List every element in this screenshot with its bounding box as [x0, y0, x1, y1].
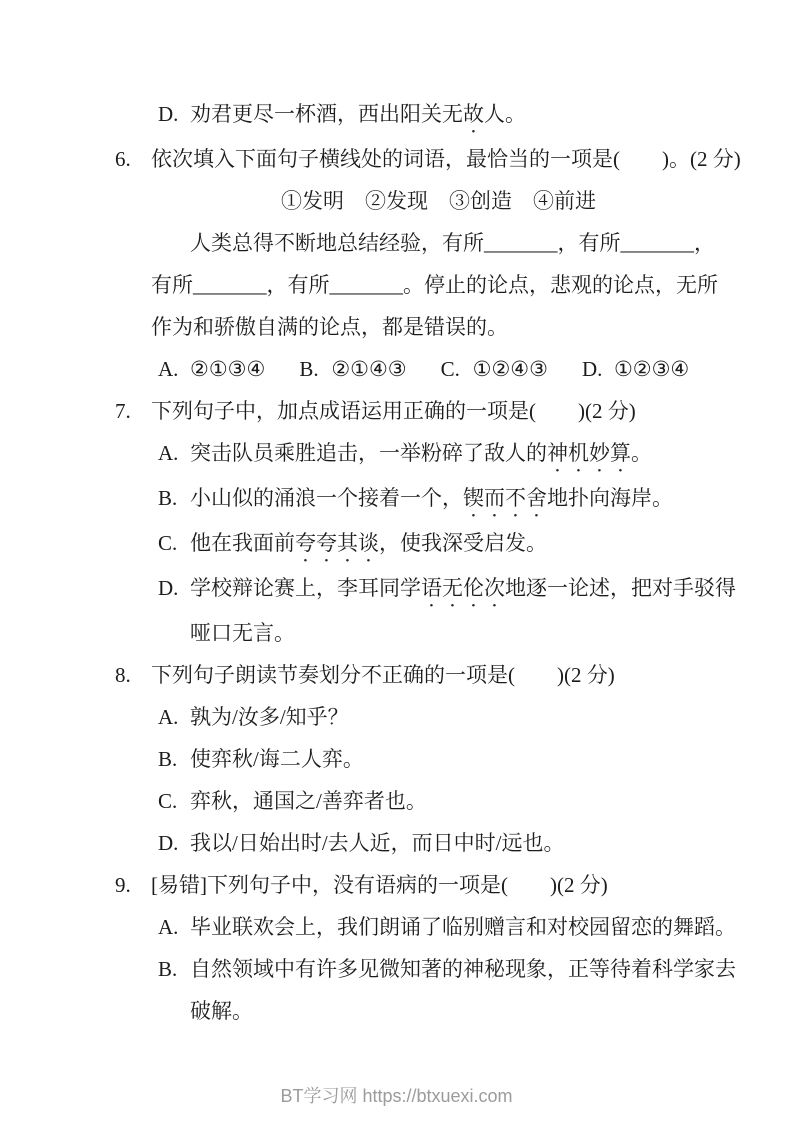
option-letter: D. [158, 93, 190, 138]
question-number: 8. [115, 654, 151, 696]
stem-text: 下列句子中，没有语病的一项是( )(2 分) [207, 873, 608, 897]
q6-option-c: C.①②④③ [441, 348, 548, 390]
text-segment: 。 [631, 441, 652, 465]
q7-option-c: C. 他在我面前夸夸其谈，使我深受启发。 [158, 522, 793, 567]
question-number: 9. [115, 864, 151, 906]
option-letter: D. [158, 822, 190, 864]
q6-word-bank: ①发明 ②发现 ③创造 ④前进 [151, 180, 726, 222]
q8-option-a: A. 孰为/汝多/知乎？ [158, 696, 793, 738]
option-text: 使弈秋/诲二人弈。 [190, 738, 364, 780]
option-letter: A. [158, 432, 190, 477]
option-letter: C. [441, 348, 473, 390]
q6-passage-line-3: 作为和骄傲自满的论点，都是错误的。 [151, 306, 793, 348]
question-stem-text: 下列句子中，加点成语运用正确的一项是( )(2 分) [151, 390, 636, 432]
option-letter: B. [158, 948, 190, 1032]
option-letter: C. [158, 780, 190, 822]
option-text: 突击队员乘胜追击，一举粉碎了敌人的神机妙算。 [190, 432, 652, 477]
site-watermark: BT学习网 https://btxuexi.com [0, 1083, 793, 1109]
option-text: 毕业联欢会上，我们朗诵了临别赠言和对校园留恋的舞蹈。 [190, 906, 736, 948]
option-letter: D. [158, 567, 190, 654]
text-segment: 小山似的涌浪一个接着一个， [190, 486, 463, 510]
option-text: 学校辩论赛上，李耳同学语无伦次地逐一论述，把对手驳得 哑口无言。 [190, 567, 736, 654]
option-text: ②①③④ [190, 348, 265, 390]
text-segment: 地扑向海岸。 [547, 486, 673, 510]
q7-option-a: A. 突击队员乘胜追击，一举粉碎了敌人的神机妙算。 [158, 432, 793, 477]
text-segment: 劝君更尽一杯酒，西出阳关无 [190, 102, 463, 126]
q5-option-d: D. 劝君更尽一杯酒，西出阳关无故人。 [158, 93, 793, 138]
q6-passage-line-2: 有所_______，有所_______。停止的论点，悲观的论点，无所 [151, 264, 793, 306]
option-text: 我以/日始出时/去人近，而日中时/远也。 [190, 822, 565, 864]
q6-option-b: B.②①④③ [299, 348, 406, 390]
option-text: 弈秋，通国之/善弈者也。 [190, 780, 427, 822]
option-letter: C. [158, 522, 190, 567]
emphasized-text: 神机妙算 [547, 441, 631, 465]
option-letter: A. [158, 906, 190, 948]
option-letter: D. [582, 348, 614, 390]
option-text: ①②④③ [473, 348, 548, 390]
question-6-stem: 6. 依次填入下面句子横线处的词语，最恰当的一项是( )。(2 分) [115, 138, 793, 180]
test-paper-page: D. 劝君更尽一杯酒，西出阳关无故人。 6. 依次填入下面句子横线处的词语，最恰… [0, 0, 793, 1122]
q6-option-d: D.①②③④ [582, 348, 689, 390]
q6-choices-row: A.②①③④ B.②①④③ C.①②④③ D.①②③④ [158, 348, 793, 390]
q6-passage-line-1: 人类总得不断地总结经验，有所_______，有所_______， [190, 222, 793, 264]
option-text: 他在我面前夸夸其谈，使我深受启发。 [190, 522, 547, 567]
text-segment: 人。 [484, 102, 526, 126]
question-stem-text: 下列句子朗读节奏划分不正确的一项是( )(2 分) [151, 654, 615, 696]
option-letter: B. [158, 738, 190, 780]
question-9-stem: 9. [易错]下列句子中，没有语病的一项是( )(2 分) [115, 864, 793, 906]
emphasized-text: 锲而不舍 [463, 486, 547, 510]
question-7-stem: 7. 下列句子中，加点成语运用正确的一项是( )(2 分) [115, 390, 793, 432]
text-segment: 他在我面前 [190, 531, 295, 555]
option-text: ①②③④ [614, 348, 689, 390]
question-stem-text: 依次填入下面句子横线处的词语，最恰当的一项是( )。(2 分) [151, 138, 741, 180]
option-text: 孰为/汝多/知乎？ [190, 696, 349, 738]
emphasized-text: 语无伦次 [421, 576, 505, 600]
q7-option-d: D. 学校辩论赛上，李耳同学语无伦次地逐一论述，把对手驳得 哑口无言。 [158, 567, 793, 654]
option-letter: A. [158, 348, 190, 390]
question-stem-text: [易错]下列句子中，没有语病的一项是( )(2 分) [151, 864, 608, 906]
option-text: ②①④③ [331, 348, 406, 390]
option-text: 自然领域中有许多见微知著的神秘现象，正等待着科学家去 破解。 [190, 948, 736, 1032]
text-segment: 突击队员乘胜追击，一举粉碎了敌人的 [190, 441, 547, 465]
q9-option-a: A. 毕业联欢会上，我们朗诵了临别赠言和对校园留恋的舞蹈。 [158, 906, 793, 948]
option-letter: A. [158, 696, 190, 738]
option-letter: B. [158, 477, 190, 522]
question-number: 7. [115, 390, 151, 432]
q6-option-a: A.②①③④ [158, 348, 265, 390]
question-8-stem: 8. 下列句子朗读节奏划分不正确的一项是( )(2 分) [115, 654, 793, 696]
option-letter: B. [299, 348, 331, 390]
emphasized-text: 夸夸其谈 [295, 531, 379, 555]
q9-option-b: B. 自然领域中有许多见微知著的神秘现象，正等待着科学家去 破解。 [158, 948, 793, 1032]
text-segment: ，使我深受启发。 [379, 531, 547, 555]
q8-option-b: B. 使弈秋/诲二人弈。 [158, 738, 793, 780]
error-prone-tag: [易错] [151, 873, 207, 897]
text-segment: 学校辩论赛上，李耳同学 [190, 576, 421, 600]
option-text: 小山似的涌浪一个接着一个，锲而不舍地扑向海岸。 [190, 477, 673, 522]
q8-option-c: C. 弈秋，通国之/善弈者也。 [158, 780, 793, 822]
emphasized-text: 故 [463, 102, 484, 126]
q7-option-b: B. 小山似的涌浪一个接着一个，锲而不舍地扑向海岸。 [158, 477, 793, 522]
q8-option-d: D. 我以/日始出时/去人近，而日中时/远也。 [158, 822, 793, 864]
option-text: 劝君更尽一杯酒，西出阳关无故人。 [190, 93, 526, 138]
question-number: 6. [115, 138, 151, 180]
